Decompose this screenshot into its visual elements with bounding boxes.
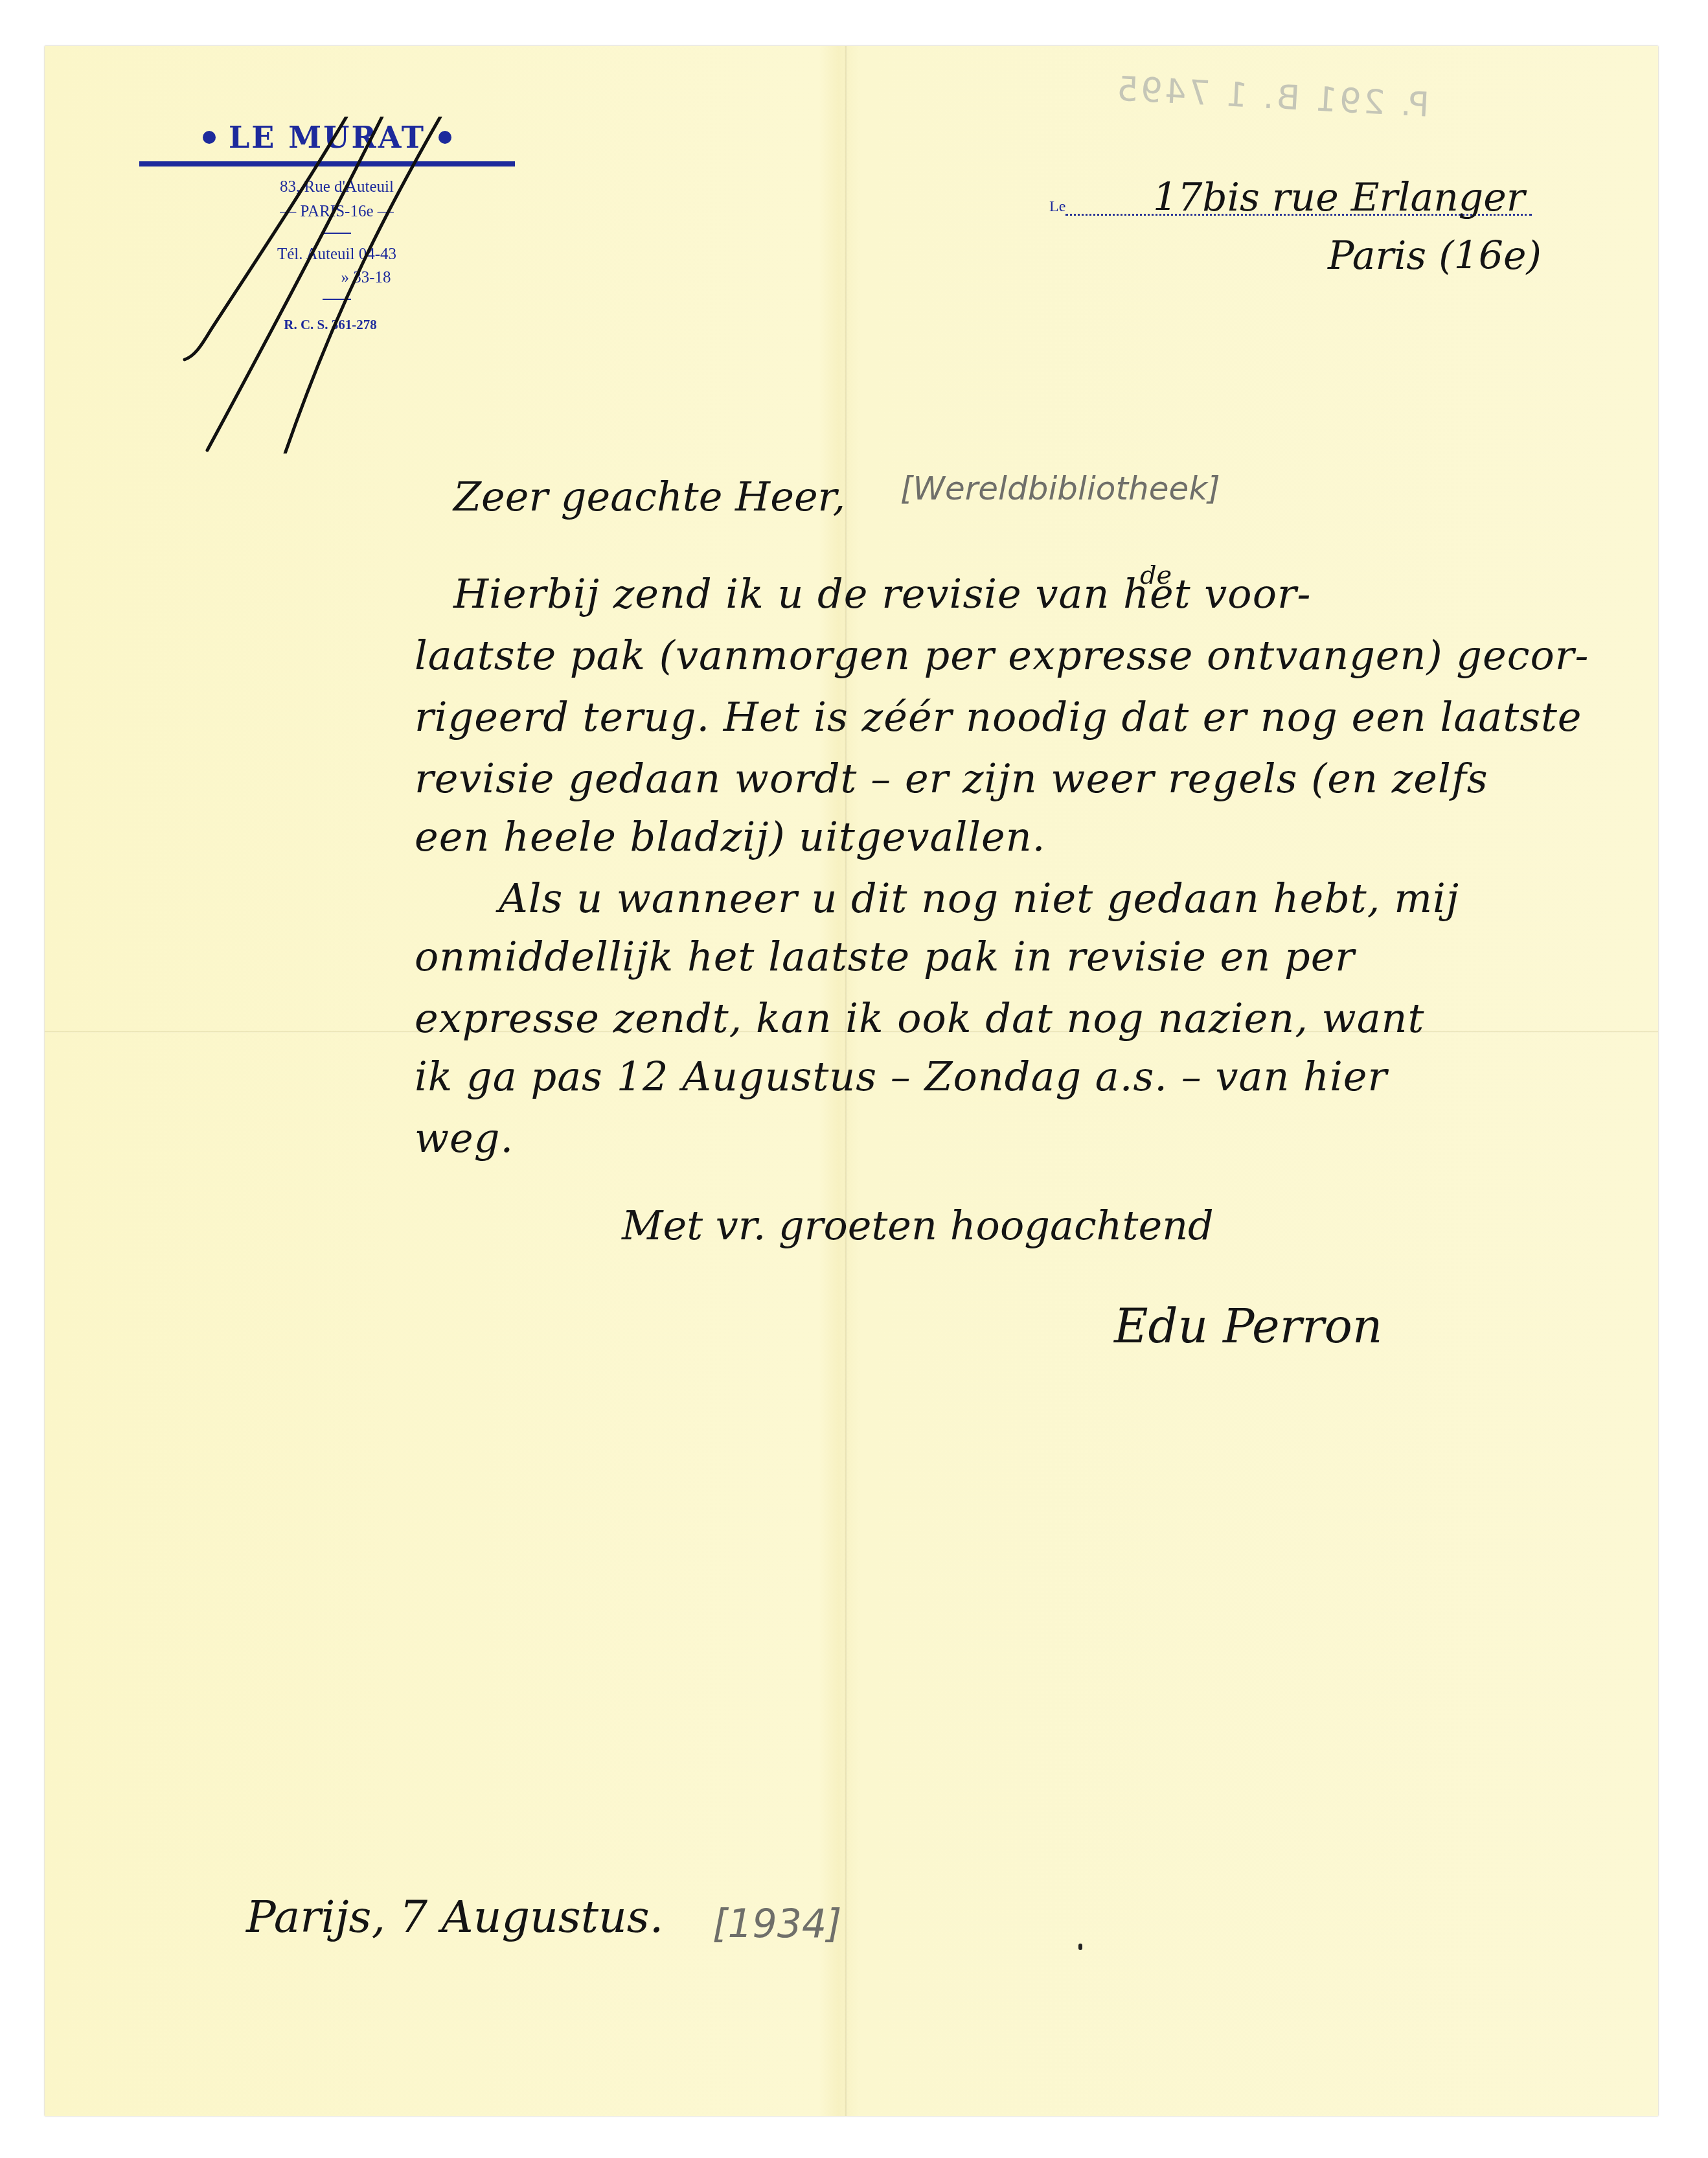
signature: Edu Perron [1114, 1299, 1382, 1353]
body-line: weg. [415, 1114, 514, 1162]
body-line: revisie gedaan wordt – er zijn weer rege… [415, 755, 1488, 802]
body-line: Als u wanneer u dit nog niet gedaan hebt… [499, 875, 1459, 922]
closing: Met vr. groeten hoogachtend [622, 1202, 1214, 1249]
body-line: rigeerd terug. Het is zéér noodig dat er… [415, 693, 1582, 740]
ink-speck [1078, 1944, 1082, 1950]
sender-prefix: Le [1049, 198, 1065, 216]
body-line: onmiddellijk het laatste pak in revisie … [415, 933, 1355, 980]
body-line: laatste pak (vanmorgen per expresse ontv… [415, 632, 1589, 679]
body-line: Hierbij zend ik u de revisie van het voo… [453, 570, 1312, 617]
body-line: expresse zendt, kan ik ook dat nog nazie… [415, 994, 1424, 1042]
sender-street: 17bis rue Erlanger [1153, 175, 1525, 220]
body-line: een heele bladzij) uitgevallen. [415, 813, 1045, 860]
place-date: Parijs, 7 Augustus. [246, 1892, 663, 1943]
year-annotation: [1934] [712, 1901, 842, 1947]
salutation: Zeer geachte Heer, [453, 473, 845, 520]
addressee-annotation: [Wereldbibliotheek] [900, 470, 1220, 507]
sender-city: Paris (16e) [1328, 233, 1542, 279]
strikethrough-marks [175, 117, 499, 453]
body-line: ik ga pas 12 Augustus – Zondag a.s. – va… [415, 1053, 1387, 1100]
